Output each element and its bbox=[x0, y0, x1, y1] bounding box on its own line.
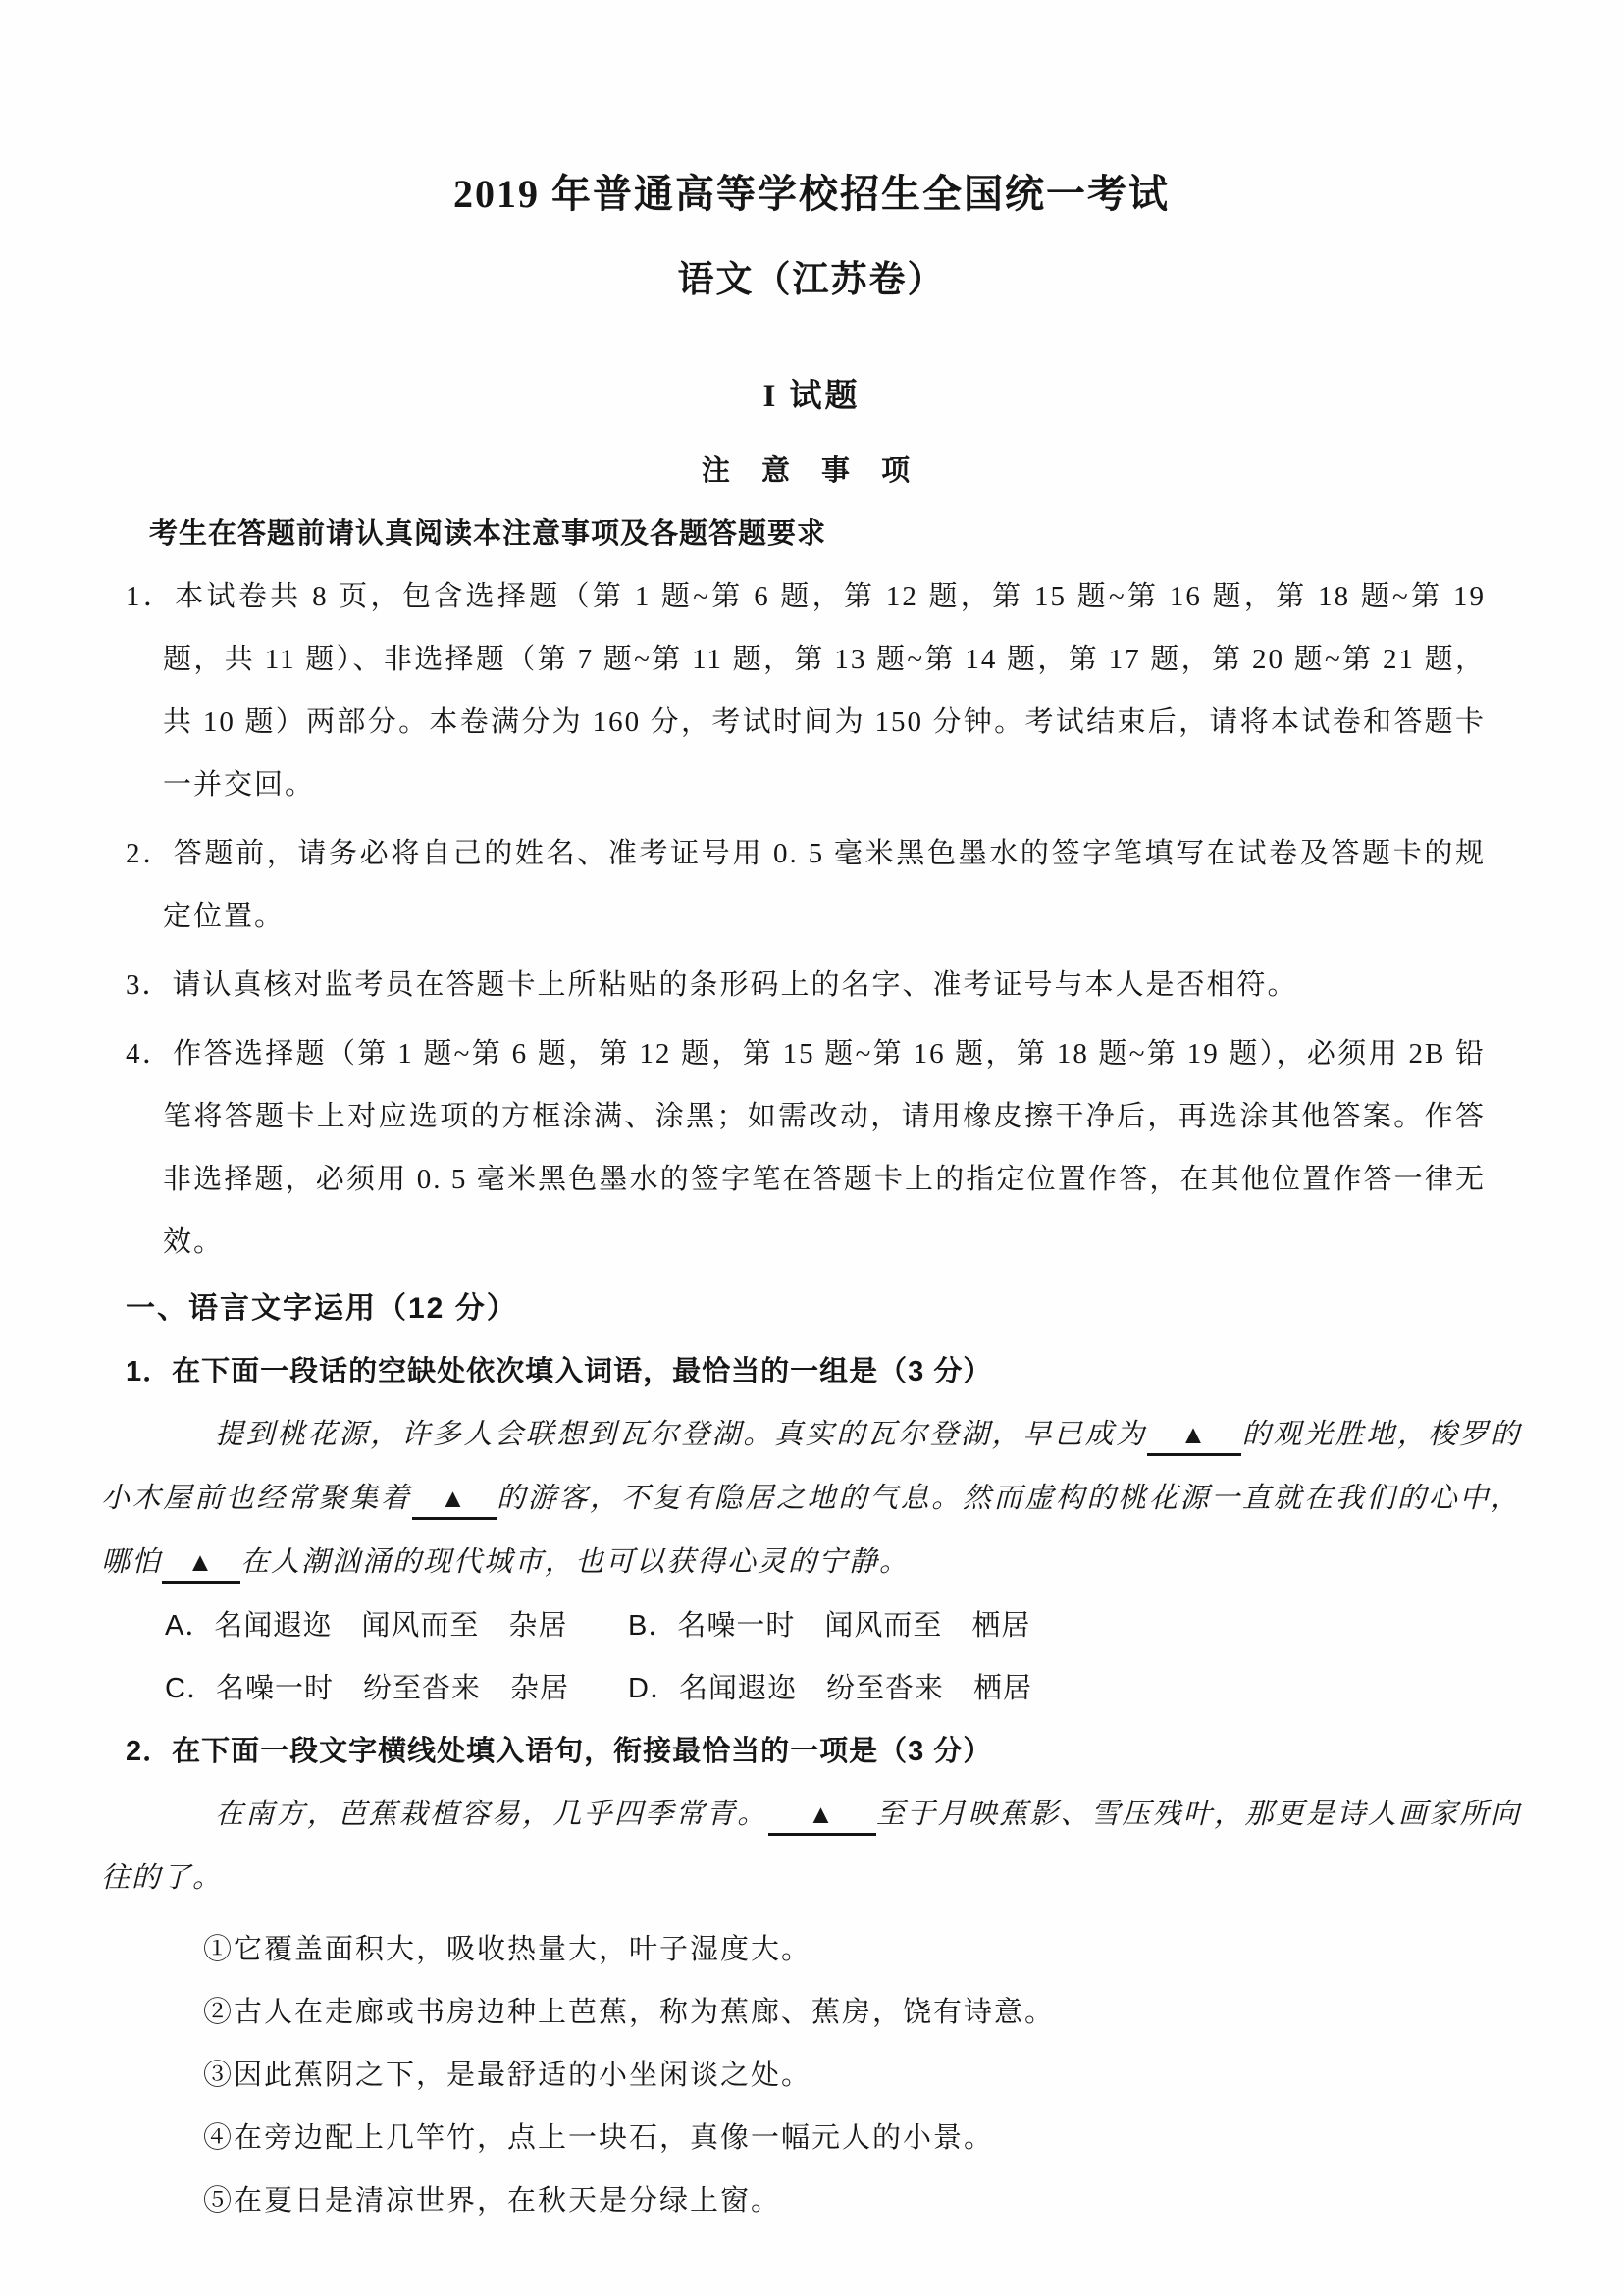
exam-paper-page: 2019 年普通高等学校招生全国统一考试 语文（江苏卷） I 试题 注 意 事 … bbox=[0, 0, 1623, 2296]
q2-items: ①它覆盖面积大，吸收热量大，叶子湿度大。 ②古人在走廊或书房边种上芭蕉，称为蕉廊… bbox=[0, 1918, 1623, 2232]
q2-item-5: ⑤在夏日是清凉世界，在秋天是分绿上窗。 bbox=[203, 2169, 1623, 2232]
q1-blank-3: ▲ bbox=[162, 1545, 240, 1584]
q2-item-3: ③因此蕉阴之下，是最舒适的小坐闲谈之处。 bbox=[203, 2044, 1623, 2107]
notice-list: 1．本试卷共 8 页，包含选择题（第 1 题~第 6 题，第 12 题，第 15… bbox=[0, 565, 1623, 1274]
question-1: 1．在下面一段话的空缺处依次填入词语，最恰当的一组是（3 分） 提到桃花源，许多… bbox=[0, 1340, 1623, 1720]
q1-stem: 1．在下面一段话的空缺处依次填入词语，最恰当的一组是（3 分） bbox=[126, 1340, 1623, 1403]
blank-triangle-icon: ▲ bbox=[187, 1547, 216, 1577]
notice-item-3: 3．请认真核对监考员在答题卡上所粘贴的条形码上的名字、准考证号与本人是否相符。 bbox=[126, 954, 1486, 1017]
q1-passage: 提到桃花源，许多人会联想到瓦尔登湖。真实的瓦尔登湖，早已成为▲的观光胜地，梭罗的… bbox=[101, 1403, 1521, 1594]
q1-option-c: C．名噪一时 纷至沓来 杂居 bbox=[165, 1657, 628, 1720]
q1-option-b: B．名噪一时 闻风而至 栖居 bbox=[628, 1594, 1030, 1657]
blank-triangle-icon: ▲ bbox=[1180, 1420, 1209, 1449]
q1-option-a: A．名闻遐迩 闻风而至 杂居 bbox=[165, 1594, 628, 1657]
q1-blank-2: ▲ bbox=[412, 1482, 497, 1520]
q2-passage-seg-1: 在南方，芭蕉栽植容易，几乎四季常青。 bbox=[215, 1799, 768, 1830]
blank-triangle-icon: ▲ bbox=[808, 1800, 836, 1829]
notice-heading: 注 意 事 项 bbox=[0, 455, 1623, 487]
q2-item-1: ①它覆盖面积大，吸收热量大，叶子湿度大。 bbox=[203, 1918, 1623, 1981]
blank-triangle-icon: ▲ bbox=[440, 1484, 468, 1513]
section-heading: 一、语言文字运用（12 分） bbox=[126, 1278, 1623, 1340]
notice-item-4: 4．作答选择题（第 1 题~第 6 题，第 12 题，第 15 题~第 16 题… bbox=[126, 1022, 1486, 1274]
q2-passage: 在南方，芭蕉栽植容易，几乎四季常青。▲至于月映蕉影、雪压残叶，那更是诗人画家所向… bbox=[101, 1783, 1521, 1910]
q1-passage-seg-1: 提到桃花源，许多人会联想到瓦尔登湖。真实的瓦尔登湖，早已成为 bbox=[215, 1419, 1147, 1450]
q1-passage-seg-4: 在人潮汹涌的现代城市，也可以获得心灵的宁静。 bbox=[240, 1546, 910, 1578]
q1-options: A．名闻遐迩 闻风而至 杂居 B．名噪一时 闻风而至 栖居 C．名噪一时 纷至沓… bbox=[165, 1594, 1623, 1720]
q2-blank-1: ▲ bbox=[768, 1798, 876, 1836]
q1-option-d: D．名闻遐迩 纷至沓来 栖居 bbox=[628, 1657, 1032, 1720]
q1-blank-1: ▲ bbox=[1147, 1418, 1241, 1456]
notice-item-2: 2．答题前，请务必将自己的姓名、准考证号用 0. 5 毫米黑色墨水的签字笔填写在… bbox=[126, 822, 1486, 948]
q2-stem: 2．在下面一段文字横线处填入语句，衔接最恰当的一项是（3 分） bbox=[126, 1720, 1623, 1783]
q1-options-row-2: C．名噪一时 纷至沓来 杂居 D．名闻遐迩 纷至沓来 栖居 bbox=[165, 1657, 1623, 1720]
exam-title: 2019 年普通高等学校招生全国统一考试 bbox=[0, 0, 1623, 216]
q1-options-row-1: A．名闻遐迩 闻风而至 杂居 B．名噪一时 闻风而至 栖居 bbox=[165, 1594, 1623, 1657]
notice-intro: 考生在答题前请认真阅读本注意事项及各题答题要求 bbox=[149, 518, 1623, 549]
notice-item-1: 1．本试卷共 8 页，包含选择题（第 1 题~第 6 题，第 12 题，第 15… bbox=[126, 565, 1486, 816]
q2-item-4: ④在旁边配上几竿竹，点上一块石，真像一幅元人的小景。 bbox=[203, 2107, 1623, 2169]
q2-item-2: ②古人在走廊或书房边种上芭蕉，称为蕉廊、蕉房，饶有诗意。 bbox=[203, 1981, 1623, 2044]
exam-subject: 语文（江苏卷） bbox=[0, 261, 1623, 300]
paper-part-label: I 试题 bbox=[0, 379, 1623, 414]
question-2: 2．在下面一段文字横线处填入语句，衔接最恰当的一项是（3 分） 在南方，芭蕉栽植… bbox=[0, 1720, 1623, 2232]
